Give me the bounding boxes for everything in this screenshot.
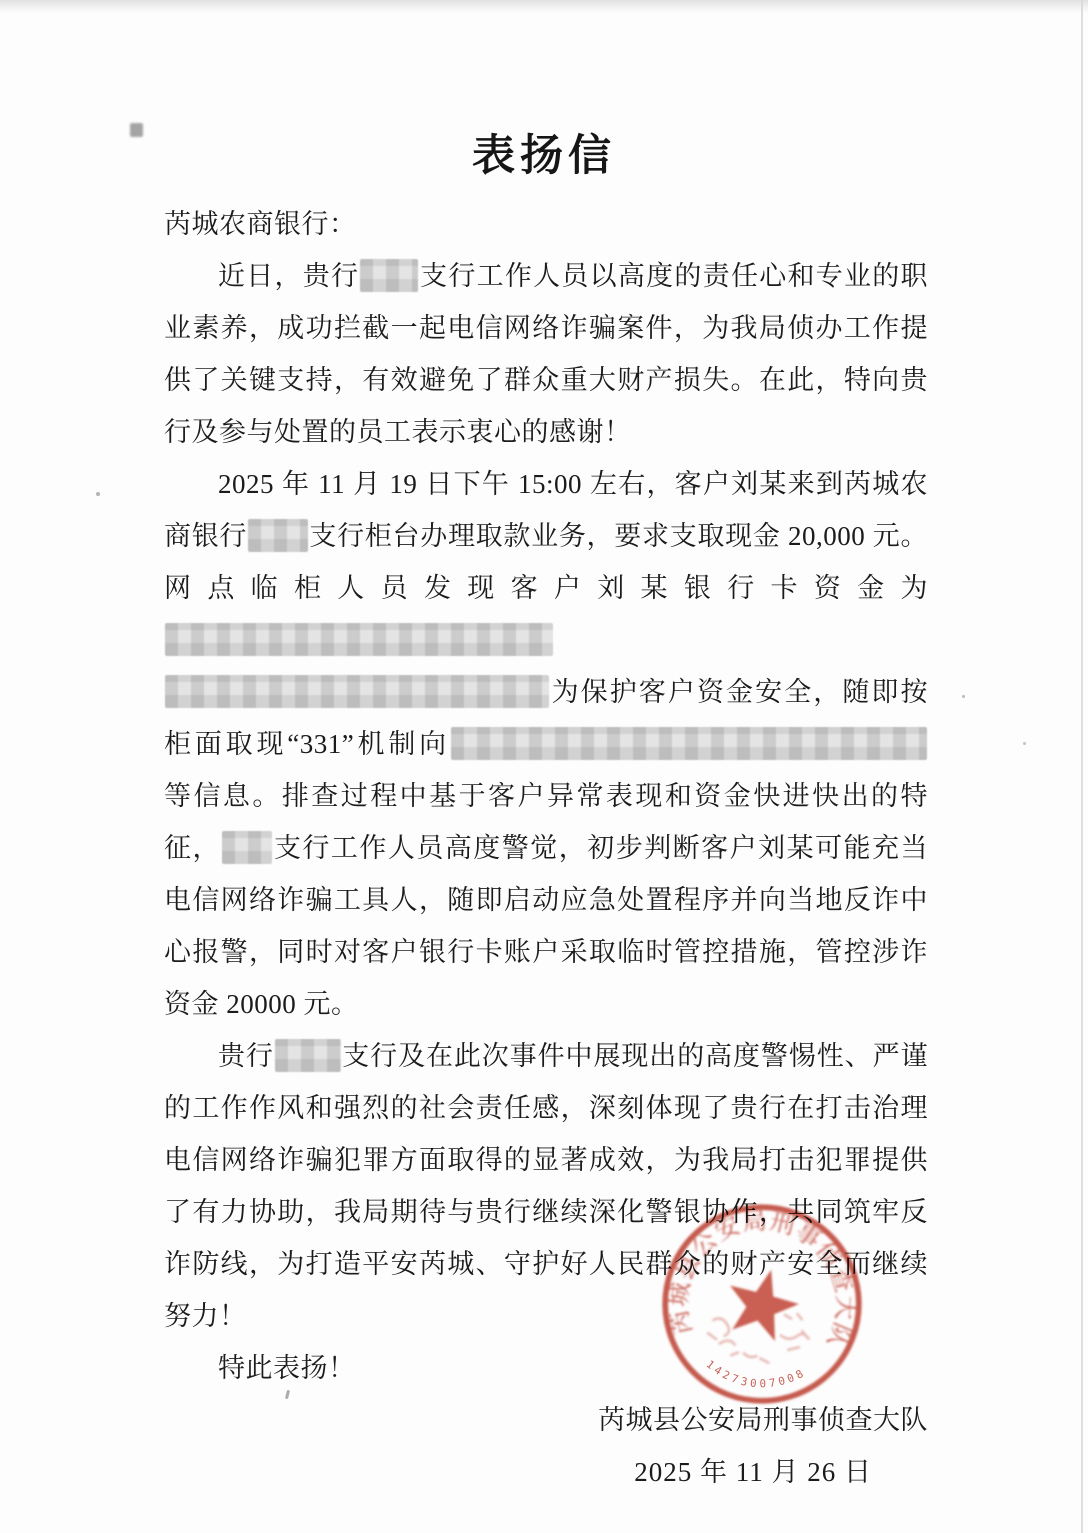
- redacted-region: [165, 623, 553, 656]
- scan-shadow-right: [1081, 0, 1083, 1533]
- scan-artifact: [96, 492, 100, 496]
- seal-ring-text: 芮城县公安局刑事侦查大队: [661, 1202, 864, 1354]
- salutation: 芮城农商银行：: [164, 198, 928, 250]
- seal-star-icon: [719, 1261, 805, 1345]
- redacted-region: [360, 259, 418, 292]
- text-run: 支行工作人员高度警觉，初步判断客户刘某可能充当电信网络诈骗工具人，随即启动应急处…: [164, 833, 928, 1019]
- paragraph: 2025 年 11 月 19 日下午 15:00 左右，客户刘某来到芮城农商银行…: [164, 458, 928, 1030]
- text-run: 贵行: [218, 1041, 274, 1071]
- text-run: 特此表扬！: [218, 1353, 356, 1383]
- scan-shadow-top: [0, 0, 1088, 14]
- text-run: 近日，贵行: [218, 261, 359, 291]
- redacted-region: [165, 675, 549, 708]
- scan-artifact: [962, 695, 965, 698]
- letter-title: 表扬信: [0, 122, 1088, 183]
- paragraph: 近日，贵行支行工作人员以高度的责任心和专业的职业素养，成功拦截一起电信网络诈骗案…: [164, 250, 928, 458]
- scan-artifact: [1023, 742, 1026, 745]
- redacted-region: [275, 1039, 341, 1072]
- redacted-region: [222, 831, 272, 864]
- redacted-region: [451, 727, 927, 760]
- official-seal: 芮城县公安局刑事侦查大队 14273007008: [660, 1202, 864, 1406]
- letter-page: 表扬信 芮城农商银行： 近日，贵行支行工作人员以高度的责任心和专业的职业素养，成…: [0, 0, 1088, 1533]
- date: 2025 年 11 月 26 日: [164, 1446, 928, 1498]
- redacted-region: [248, 519, 308, 552]
